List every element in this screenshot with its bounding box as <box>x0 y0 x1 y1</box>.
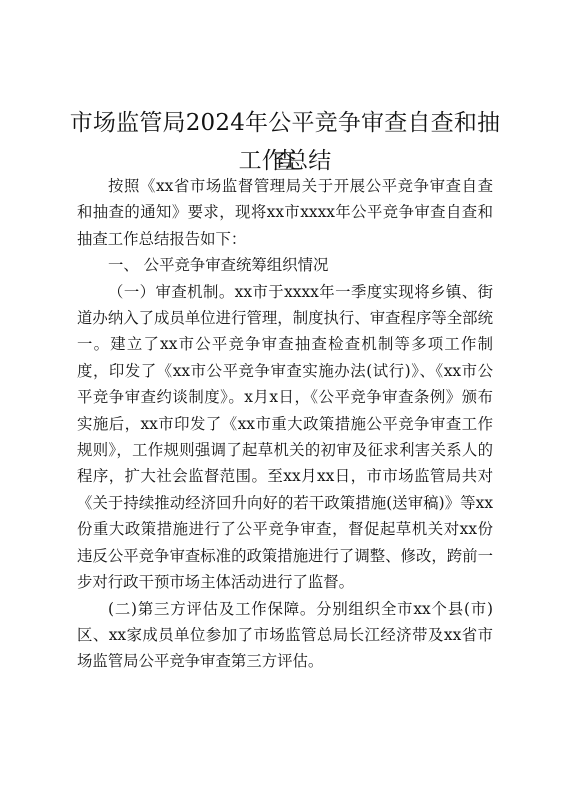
body-paragraph-review-mechanism: （一）审查机制。xx市于xxxx年一季度实现将乡镇、街道办纳入了成员单位进行管理… <box>77 279 493 596</box>
intro-paragraph: 按照《xx省市场监督管理局关于开展公平竞争审查自查和抽查的通知》要求，现将xx市… <box>77 173 493 252</box>
document-page: 市场监管局2024年公平竞争审查自查和抽查 工作总结 按照《xx省市场监督管理局… <box>0 0 570 807</box>
document-body: 按照《xx省市场监督管理局关于开展公平竞争审查自查和抽查的通知》要求，现将xx市… <box>77 173 493 675</box>
body-paragraph-third-party-evaluation: (二)第三方评估及工作保障。分别组织全市xx个县(市)区、xx家成员单位参加了市… <box>77 596 493 675</box>
section-heading-1: 一、 公平竞争审查统筹组织情况 <box>77 252 493 278</box>
